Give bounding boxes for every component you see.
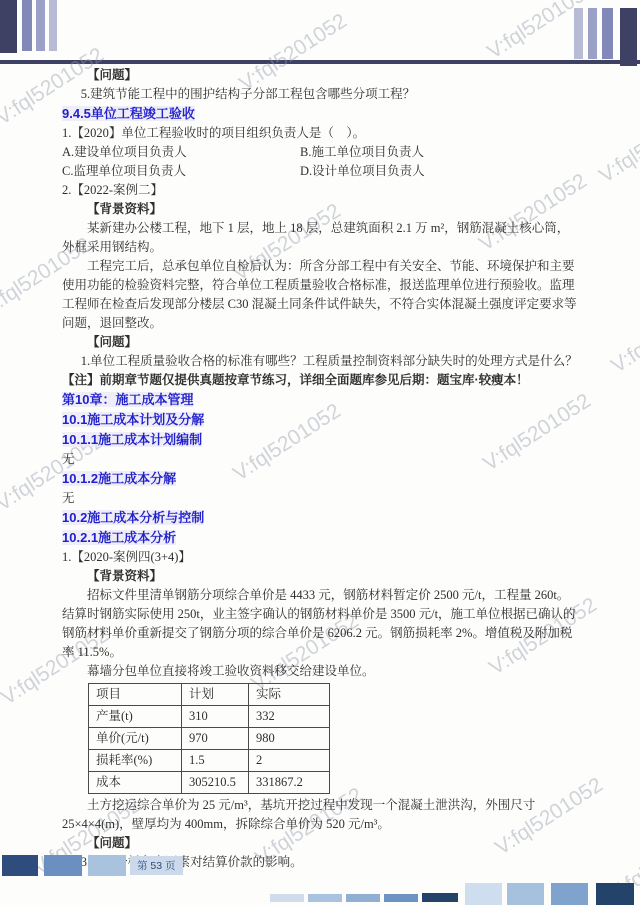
header-left-bar-3 — [49, 0, 57, 51]
none-text-1: 无 — [62, 450, 580, 469]
footer-left-navy-block — [2, 855, 38, 876]
case2-paragraph-2: 工程完工后，总承包单位自检后认为：所含分部工程中有关安全、节能、环境保护和主要使… — [62, 257, 580, 333]
document-page: V:fql5201052V:fql5201052V:fql5201052V:fq… — [0, 0, 640, 905]
watermark-text: V:fql5201052 — [483, 0, 639, 64]
table-cell: 305210.5 — [182, 772, 249, 794]
header-left-navy-bar — [0, 0, 17, 53]
section-1021-heading: 10.2.1施工成本分析 — [62, 528, 580, 548]
header-right-bar-2 — [588, 8, 597, 59]
section-102-heading-text: 10.2施工成本分析与控制 — [62, 510, 204, 525]
chapter-10-heading: 第10章：施工成本管理 — [62, 390, 580, 410]
table-cell: 970 — [182, 728, 249, 750]
table-row: 单价(元/t) 970 980 — [89, 728, 330, 750]
header-right-bar-3 — [602, 8, 613, 59]
section-1011-heading: 10.1.1施工成本计划编制 — [62, 430, 580, 450]
section-1012-heading-text: 10.1.2施工成本分解 — [62, 471, 176, 486]
problem-label-3: 【问题】 — [62, 834, 580, 853]
problem-label: 【问题】 — [62, 66, 580, 85]
table-cell: 332 — [249, 706, 330, 728]
header-left-bar-1 — [22, 0, 32, 51]
case2-question-1: 1.单位工程质量验收合格的标准有哪些？工程质量控制资料部分缺失时的处理方式是什么… — [62, 352, 580, 371]
section-101-heading-text: 10.1施工成本计划及分解 — [62, 412, 204, 427]
table-row: 产量(t) 310 332 — [89, 706, 330, 728]
case4-paragraph-3: 土方挖运综合单价为 25 元/m³，基坑开挖过程中发现一个混凝土泄洪沟，外围尺寸… — [62, 796, 580, 834]
section-heading-945-text: 9.4.5单位工程竣工验收 — [62, 106, 195, 121]
table-header-actual: 实际 — [249, 684, 330, 706]
table-cell: 331867.2 — [249, 772, 330, 794]
table-cell: 产量(t) — [89, 706, 182, 728]
option-a: A.建设单位项目负责人 — [62, 143, 300, 162]
footer-right-square-2 — [507, 883, 544, 905]
background-label-1: 【背景资料】 — [62, 200, 580, 219]
table-cell: 成本 — [89, 772, 182, 794]
question-1-2020: 1.【2020】单位工程验收时的项目组织负责人是（ ）。 — [62, 124, 580, 143]
document-content: 【问题】 5.建筑节能工程中的围护结构子分部工程包含哪些分项工程？ 9.4.5单… — [62, 66, 580, 872]
section-1021-heading-text: 10.2.1施工成本分析 — [62, 530, 176, 545]
footer-right-small-bar-5 — [422, 893, 458, 902]
case4-paragraph-1: 招标文件里清单钢筋分项综合单价是 4433 元，钢筋材料暂定价 2500 元/t… — [62, 586, 580, 662]
note-line: 【注】前期章节题仅提供真题按章节练习，详细全面题库参见后期：题宝库·较瘦本！ — [62, 371, 580, 390]
header-divider-line — [0, 60, 640, 64]
table-header-row: 项目 计划 实际 — [89, 684, 330, 706]
table-cell: 1.5 — [182, 750, 249, 772]
options-row-cd: C.监理单位项目负责人 D.设计单位项目负责人 — [62, 162, 580, 181]
table-cell: 单价(元/t) — [89, 728, 182, 750]
background-label-2: 【背景资料】 — [62, 567, 580, 586]
table-cell: 310 — [182, 706, 249, 728]
watermark-text: V:fql5201052 — [607, 266, 640, 379]
question-5: 5.建筑节能工程中的围护结构子分部工程包含哪些分项工程？ — [62, 85, 580, 104]
footer-right-small-bar-1 — [270, 894, 304, 902]
section-1011-heading-text: 10.1.1施工成本计划编制 — [62, 432, 202, 447]
header-right-navy-bar — [620, 8, 637, 66]
footer-left-light-block — [88, 855, 126, 876]
footer-right-square-4 — [596, 883, 634, 905]
section-101-heading: 10.1施工成本计划及分解 — [62, 410, 580, 430]
none-text-2: 无 — [62, 489, 580, 508]
case2-paragraph-1: 某新建办公楼工程，地下 1 层，地上 18 层，总建筑面积 2.1 万 m²，钢… — [62, 219, 580, 257]
footer-right-square-1 — [465, 883, 502, 905]
header-right-bar-1 — [574, 8, 583, 59]
option-d: D.设计单位项目负责人 — [300, 162, 425, 181]
chapter-10-heading-text: 第10章：施工成本管理 — [62, 392, 193, 407]
case2-label: 2.【2022-案例二】 — [62, 181, 580, 200]
table-cell: 980 — [249, 728, 330, 750]
table-row: 成本 305210.5 331867.2 — [89, 772, 330, 794]
footer-right-square-3 — [551, 883, 588, 905]
case4-label: 1.【2020-案例四(3+4)】 — [62, 548, 580, 567]
page-number: 第 53 页 — [130, 856, 183, 875]
case4-paragraph-2: 幕墙分包单位直接将竣工验收资料移交给建设单位。 — [62, 662, 580, 681]
table-header-item: 项目 — [89, 684, 182, 706]
table-cell: 损耗率(%) — [89, 750, 182, 772]
header-left-bar-2 — [36, 0, 45, 51]
section-heading-945: 9.4.5单位工程竣工验收 — [62, 104, 580, 124]
problem-label-2: 【问题】 — [62, 333, 580, 352]
table-cell: 2 — [249, 750, 330, 772]
section-1012-heading: 10.1.2施工成本分解 — [62, 469, 580, 489]
options-row-ab: A.建设单位项目负责人 B.施工单位项目负责人 — [62, 143, 580, 162]
table-header-plan: 计划 — [182, 684, 249, 706]
cost-comparison-table: 项目 计划 实际 产量(t) 310 332 单价(元/t) 970 980 损… — [88, 683, 330, 794]
section-102-heading: 10.2施工成本分析与控制 — [62, 508, 580, 528]
watermark-text: V:fql5201052 — [595, 76, 640, 189]
footer-right-small-bar-2 — [308, 894, 342, 902]
footer-right-small-bar-3 — [346, 894, 380, 902]
table-row: 损耗率(%) 1.5 2 — [89, 750, 330, 772]
option-b: B.施工单位项目负责人 — [300, 143, 424, 162]
footer-left-blue-block — [44, 855, 82, 876]
option-c: C.监理单位项目负责人 — [62, 162, 300, 181]
footer-right-small-bar-4 — [384, 894, 418, 902]
